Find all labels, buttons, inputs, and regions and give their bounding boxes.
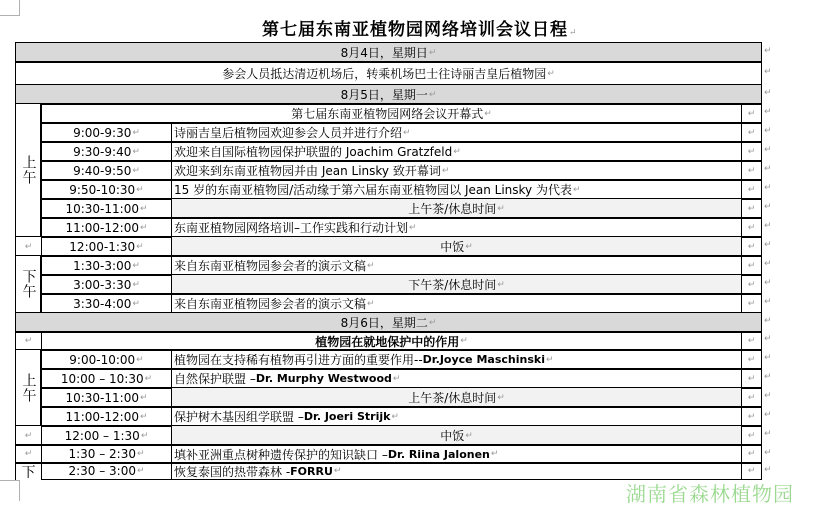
time-slot: 11:00-12:00 xyxy=(65,221,139,235)
time-slot: 10:00 – 10:30 xyxy=(61,372,144,386)
schedule-row: 9:50-10:30↵ 15 岁的东南亚植物园/活动缘于第六届东南亚植物园以 J… xyxy=(16,180,762,200)
agenda-item: 来自东南亚植物园参会者的演示文稿 xyxy=(174,295,366,312)
schedule-row: 11:00-12:00↵ 保护树木基因组学联盟 – Dr. Joeri Stri… xyxy=(16,407,762,427)
time-slot: 12:00-1:30 xyxy=(69,240,135,254)
day-header: 8月5日，星期一 xyxy=(341,86,428,103)
watermark: 湖南省森林植物园 xyxy=(626,478,794,507)
agenda-item: 欢迎来自国际植物园保护联盟的 Joachim Gratzfeld xyxy=(174,143,452,160)
agenda-item: 15 岁的东南亚植物园/活动缘于第六届东南亚植物园以 Jean Linsky 为… xyxy=(174,181,572,198)
paragraph-mark: ↵ xyxy=(764,259,772,269)
time-slot: 12:00 – 1:30 xyxy=(65,429,140,443)
paragraph-mark: ↵ xyxy=(764,334,772,344)
paragraph-mark: ↵ xyxy=(764,202,772,212)
agenda-item: 填补亚洲重点树种遗传保护的知识缺口 – xyxy=(174,446,388,463)
paragraph-mark: ↵ xyxy=(764,46,772,56)
paragraph-mark: ↵ xyxy=(764,67,772,77)
afternoon-label: 下 xyxy=(15,462,42,480)
schedule-row: 1:30-3:00↵ 来自东南亚植物园参会者的演示文稿↵ ↵ xyxy=(16,256,762,276)
paragraph-mark: ↵ xyxy=(764,429,772,439)
arrival-note: 参会人员抵达清迈机场后，转乘机场巴士往诗丽吉皇后植物园 xyxy=(222,65,546,82)
break-label: 上午茶/休息时间 xyxy=(408,389,496,406)
agenda-item: 保护树木基因组学联盟 – xyxy=(174,408,304,425)
speaker-name: Dr. Murphy Westwood xyxy=(256,372,392,385)
schedule-row: 9:40-9:50↵ 欢迎来到东南亚植物园并由 Jean Linsky 致开幕词… xyxy=(16,161,762,181)
agenda-item: 恢复泰国的热带森林 - xyxy=(174,463,290,480)
agenda-item: 植物园在支持稀有植物再引进方面的重要作用-- xyxy=(174,351,423,368)
break-label: 下午茶/休息时间 xyxy=(408,276,496,293)
time-slot: 9:50-10:30 xyxy=(69,183,135,197)
paragraph-mark: ↵ xyxy=(764,126,772,136)
schedule-row: 9:00-10:00↵ 植物园在支持稀有植物再引进方面的重要作用-- Dr.Jo… xyxy=(16,350,762,370)
session-title: 植物园在就地保护中的作用 xyxy=(315,333,459,350)
time-slot: 1:30-3:00 xyxy=(73,259,131,273)
time-slot: 9:30-9:40 xyxy=(73,145,131,159)
paragraph-mark: ↵ xyxy=(764,465,772,475)
schedule-row: 9:30-9:40↵ 欢迎来自国际植物园保护联盟的 Joachim Gratzf… xyxy=(16,142,762,162)
time-slot: 1:30 – 2:30 xyxy=(68,447,136,461)
day-header: 8月4日，星期日 xyxy=(341,44,428,61)
document-title: 第七届东南亚植物园网络培训会议日程↵ xyxy=(262,15,578,40)
break-label: 上午茶/休息时间 xyxy=(408,200,496,217)
paragraph-mark: ↵ xyxy=(764,353,772,363)
break-row: 10:30-11:00↵ 上午茶/休息时间↵ ↵ xyxy=(16,199,762,219)
paragraph-mark: ↵ xyxy=(764,297,772,307)
paragraph-mark: ↵ xyxy=(764,278,772,288)
paragraph-mark: ↵ xyxy=(764,372,772,382)
morning-label: 上午 xyxy=(15,103,41,237)
break-row: 3:00-3:30↵ 下午茶/休息时间↵ ↵ xyxy=(16,275,762,295)
speaker-name: Dr.Joyce Maschinski xyxy=(423,353,545,366)
arrival-row: 参会人员抵达清迈机场后，转乘机场巴士往诗丽吉皇后植物园↵ xyxy=(16,62,762,86)
schedule-row: 3:30-4:00↵ 来自东南亚植物园参会者的演示文稿↵ ↵ xyxy=(16,294,762,314)
paragraph-mark: ↵ xyxy=(764,164,772,174)
paragraph-mark: ↵ xyxy=(764,88,772,98)
paragraph-mark: ↵ xyxy=(764,410,772,420)
paragraph-mark: ↵ xyxy=(764,391,772,401)
agenda-item: 东南亚植物园网络培训–工作实践和行动计划 xyxy=(174,219,408,236)
paragraph-mark: ↵ xyxy=(764,107,772,117)
time-slot: 9:00-9:30 xyxy=(73,126,131,140)
schedule-row: 11:00-12:00↵ 东南亚植物园网络培训–工作实践和行动计划↵ ↵ xyxy=(16,218,762,238)
session-title-row: 第七届东南亚植物园网络会议开幕式↵ ↵ xyxy=(16,104,762,124)
speaker-name: Dr. Riina Jalonen xyxy=(388,448,490,461)
agenda-item: 诗丽吉皇后植物园欢迎参会人员并进行介绍 xyxy=(174,124,402,141)
lunch-label: 中饭 xyxy=(440,238,464,255)
speaker-name: FORRU xyxy=(290,465,333,478)
paragraph-mark: ↵ xyxy=(764,183,772,193)
session-title: 第七届东南亚植物园网络会议开幕式 xyxy=(291,105,483,122)
agenda-item: 来自东南亚植物园参会者的演示文稿 xyxy=(174,257,366,274)
time-slot: 3:00-3:30 xyxy=(73,278,131,292)
time-slot: 11:00-12:00 xyxy=(65,410,139,424)
schedule-row: 9:00-9:30↵ 诗丽吉皇后植物园欢迎参会人员并进行介绍↵ ↵ xyxy=(16,123,762,143)
day-header-row: 8月6日，星期二↵ xyxy=(16,313,762,333)
time-slot: 9:00-10:00 xyxy=(69,353,135,367)
paragraph-mark: ↵ xyxy=(764,448,772,458)
time-slot: 2:30 – 3:00 xyxy=(68,464,136,478)
paragraph-mark: ↵ xyxy=(764,145,772,155)
paragraph-mark: ↵ xyxy=(764,240,772,250)
day-header: 8月6日，星期二 xyxy=(341,314,428,331)
page-corner-mark xyxy=(0,0,20,16)
agenda-item: 自然保护联盟 – xyxy=(174,370,256,387)
agenda-item: 欢迎来到东南亚植物园并由 Jean Linsky 致开幕词 xyxy=(174,162,441,179)
afternoon-label: 下午 xyxy=(15,255,41,313)
break-row: 10:30-11:00↵ 上午茶/休息时间↵ ↵ xyxy=(16,388,762,408)
speaker-name: Dr. Joeri Strijk xyxy=(304,410,391,423)
schedule-row: 10:00 – 10:30↵ 自然保护联盟 – Dr. Murphy Westw… xyxy=(16,369,762,389)
time-slot: 9:40-9:50 xyxy=(73,164,131,178)
day-header-row: 8月4日，星期日↵ xyxy=(16,43,762,63)
morning-label: 上午 xyxy=(15,349,41,426)
lunch-row: ↵ 12:00 – 1:30↵ 中饭↵ ↵ xyxy=(16,426,762,446)
time-slot: 3:30-4:00 xyxy=(73,297,131,311)
lunch-row: ↵ 12:00-1:30↵ 中饭↵ ↵ xyxy=(16,237,762,257)
page-corner-mark xyxy=(0,480,20,501)
day-header-row: 8月5日，星期一↵ xyxy=(16,85,762,105)
time-slot: 10:30-11:00 xyxy=(65,202,139,216)
time-slot: 10:30-11:00 xyxy=(65,391,139,405)
paragraph-mark: ↵ xyxy=(764,221,772,231)
lunch-label: 中饭 xyxy=(440,427,464,444)
paragraph-mark: ↵ xyxy=(764,316,772,326)
